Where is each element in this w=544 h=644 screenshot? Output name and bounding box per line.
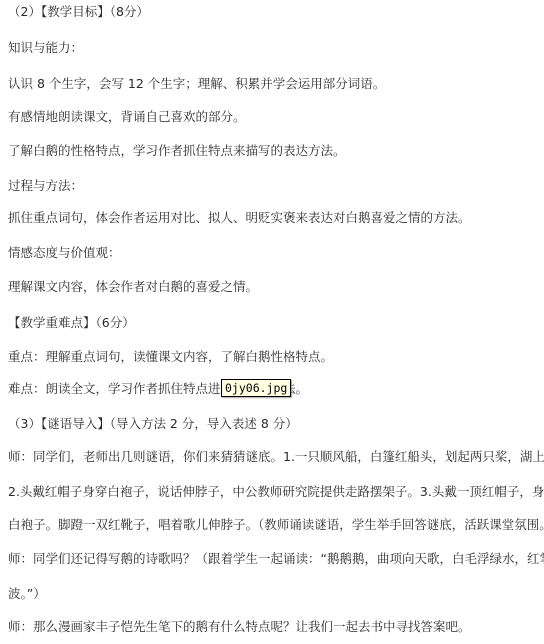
subheading-knowledge-ability: 知识与能力： (8, 40, 83, 56)
paragraph: 有感情地朗读课文，背诵自己喜欢的部分。 (8, 109, 246, 125)
paragraph-riddle: 白袍子。脚蹬一双红靴子，唱着歌儿伸脖子。（教师诵读谜语，学生举手回答谜底，活跃课… (8, 517, 544, 533)
section-heading-key-points: 【教学重难点】（6分） (8, 315, 135, 331)
paragraph-closing: 师：那么漫画家丰子恺先生笔下的鹅有什么特点呢？让我们一起去书中寻找答案吧。 (8, 619, 471, 635)
subheading-process-method: 过程与方法： (8, 178, 83, 194)
subheading-emotion-values: 情感态度与价值观： (8, 245, 121, 261)
paragraph-poem: 波。”） (8, 586, 46, 602)
paragraph: 理解课文内容，体会作者对白鹅的喜爱之情。 (8, 279, 258, 295)
image-filename-tooltip: 0jy06.jpg (221, 379, 291, 397)
paragraph-poem: 师：同学们还记得写鹅的诗歌吗？（跟着学生一起诵读：“鹅鹅鹅，曲项向天歌，白毛浮绿… (8, 551, 544, 567)
paragraph-riddle: 师：同学们，老师出几则谜语，你们来猜猜谜底。1.一只顺风船，白篷红船头，划起两只… (8, 449, 544, 465)
paragraph-riddle: 2.头戴红帽子身穿白袍子，说话伸脖子，中公教师研究院提供走路摆架子。3.头戴一顶… (8, 484, 544, 500)
paragraph: 认识 8 个生字，会写 12 个生字；理解、积累并学会运用部分词语。 (8, 76, 385, 92)
paragraph: 抓住重点词句，体会作者运用对比、拟人、明贬实褒来表达对白鹅喜爱之情的方法。 (8, 210, 471, 226)
paragraph-key-point: 重点：理解重点词句，读懂课文内容，了解白鹅性格特点。 (8, 349, 333, 365)
section-heading-riddle-intro: （3）【谜语导入】（导入方法 2 分，导入表述 8 分） (8, 416, 298, 432)
paragraph: 了解白鹅的性格特点，学习作者抓住特点来描写的表达方法。 (8, 143, 346, 159)
section-heading-teaching-goals: （2）【教学目标】（8分） (8, 4, 149, 20)
